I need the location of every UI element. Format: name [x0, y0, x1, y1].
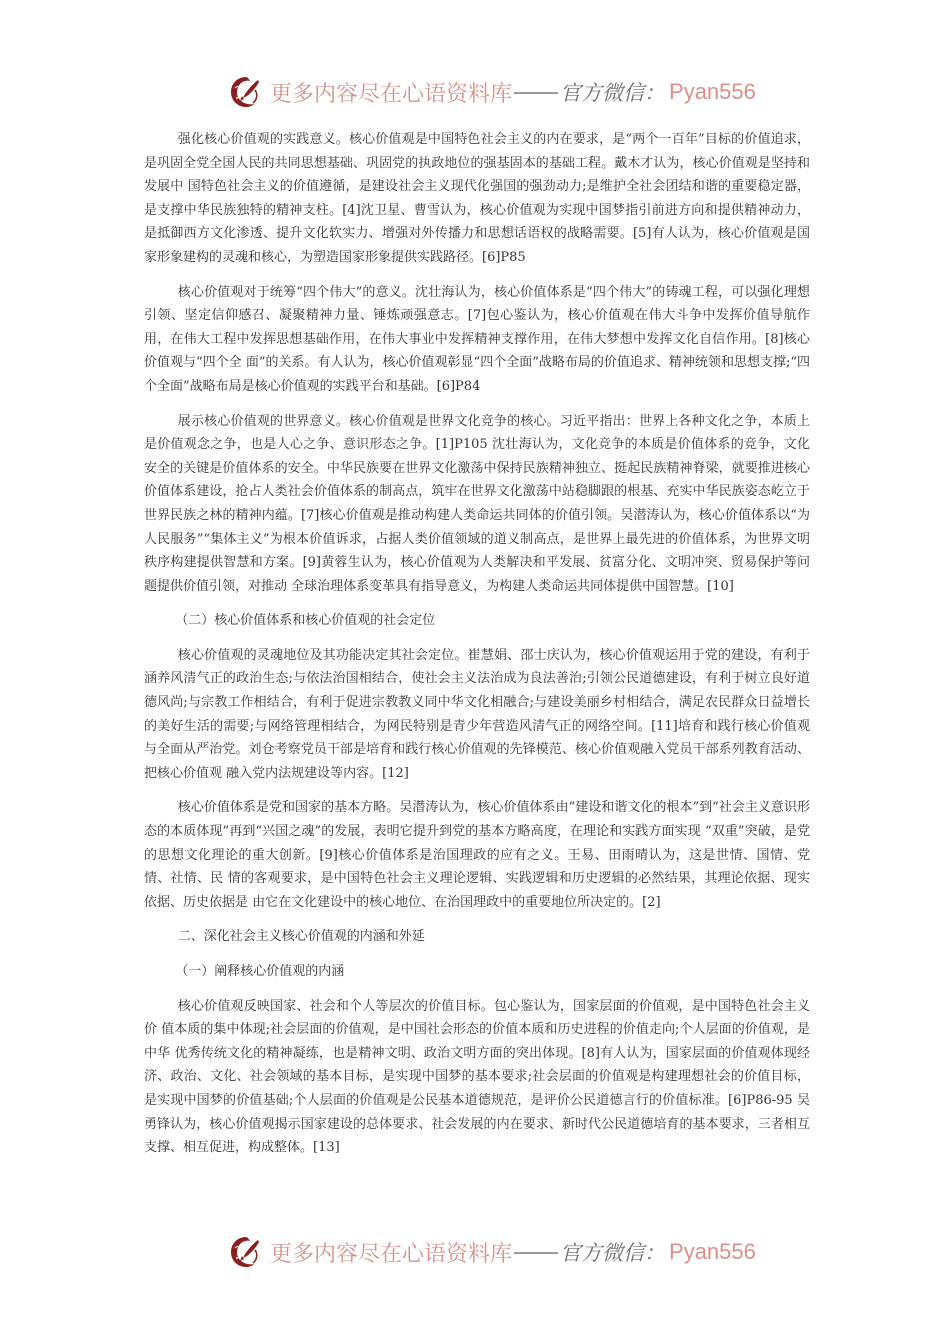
quill-pen-logo-icon: [228, 74, 264, 110]
banner-wechat-label: 官方微信：: [560, 1237, 665, 1267]
subheading-social-positioning: （二）核心价值体系和核心价值观的社会定位: [144, 609, 810, 633]
paragraph-basic-strategy: 核心价值体系是党和国家的基本方略。吴潜涛认为，核心价值体系由“建设和谐文化的根本…: [144, 796, 810, 914]
banner-lead-text: 更多内容尽在心语资料库: [270, 77, 512, 108]
paragraph-value-levels: 核心价值观反映国家、社会和个人等层次的价值目标。包心鉴认为，国家层面的价值观，是…: [144, 995, 810, 1160]
top-banner: 更多内容尽在心语资料库 官方微信： Pyan556: [228, 72, 756, 112]
section-heading-deepen-connotation: 二、深化社会主义核心价值观的内涵和外延: [144, 925, 810, 949]
banner-dash: [514, 1252, 558, 1254]
paragraph-practical-significance: 强化核心价值观的实践意义。核心价值观是中国特色社会主义的内在要求，是“两个一百年…: [144, 128, 810, 270]
bottom-banner: 更多内容尽在心语资料库 官方微信： Pyan556: [228, 1232, 756, 1272]
banner-wechat-id: Pyan556: [669, 79, 756, 105]
quill-pen-logo-icon: [228, 1234, 264, 1270]
banner-lead-text: 更多内容尽在心语资料库: [270, 1237, 512, 1268]
banner-wechat-label: 官方微信：: [560, 77, 665, 107]
paragraph-soul-status: 核心价值观的灵魂地位及其功能决定其社会定位。崔慧娟、邵士庆认为，核心价值观运用于…: [144, 644, 810, 786]
document-body: 强化核心价值观的实践意义。核心价值观是中国特色社会主义的内在要求，是“两个一百年…: [144, 128, 810, 1171]
subheading-explain-connotation: （一）阐释核心价值观的内涵: [144, 960, 810, 984]
paragraph-four-greats: 核心价值观对于统筹“四个伟大”的意义。沈壮海认为，核心价值体系是“四个伟大”的铸…: [144, 281, 810, 399]
banner-wechat-id: Pyan556: [669, 1239, 756, 1265]
paragraph-world-significance: 展示核心价值观的世界意义。核心价值观是世界文化竞争的核心。习近平指出：世界上各种…: [144, 410, 810, 599]
banner-dash: [514, 92, 558, 94]
